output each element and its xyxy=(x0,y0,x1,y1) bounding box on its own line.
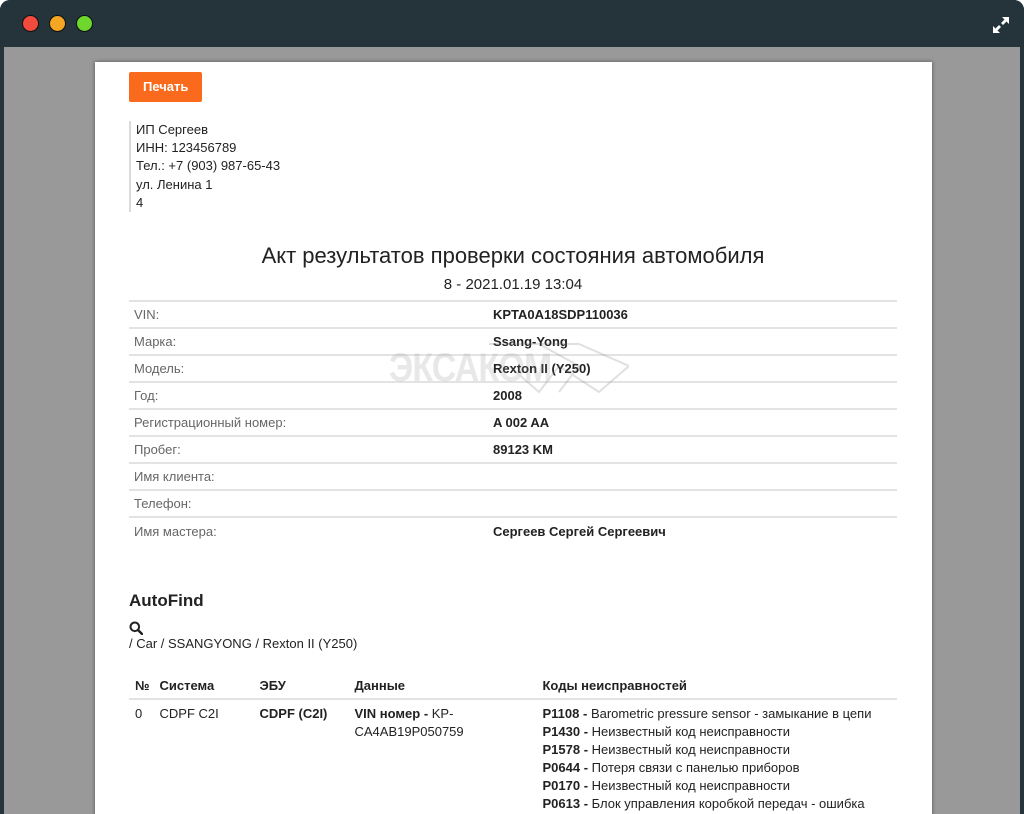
vehicle-info-value xyxy=(489,463,897,490)
company-phone: Тел.: +7 (903) 987-65-43 xyxy=(136,157,897,175)
fault-code-description: Блок управления коробкой передач - ошибк… xyxy=(592,796,865,811)
vehicle-info-row: Телефон: xyxy=(129,490,897,517)
header-data: Данные xyxy=(350,673,538,699)
fault-code-separator: - xyxy=(579,706,591,721)
company-address: ул. Ленина 1 xyxy=(136,176,897,194)
autofind-title: AutoFind xyxy=(129,591,897,611)
ecu-data-separator: - xyxy=(420,706,432,721)
fault-code-item: P1578 - Неизвестный код неисправности xyxy=(543,741,893,759)
ecu-row-fault-codes: P1108 - Barometric pressure sensor - зам… xyxy=(538,699,898,814)
vehicle-info-row: Модель:Rexton II (Y250) xyxy=(129,355,897,382)
vehicle-info-row: Марка:Ssang-Yong xyxy=(129,328,897,355)
browser-window: Печать ИП Сергеев ИНН: 123456789 Тел.: +… xyxy=(0,0,1024,814)
vehicle-info-label: Модель: xyxy=(129,355,489,382)
fault-code-item: P1108 - Barometric pressure sensor - зам… xyxy=(543,705,893,723)
ecu-row-ecu: CDPF (C2I) xyxy=(255,699,350,814)
company-name: ИП Сергеев xyxy=(136,121,897,139)
header-system: Система xyxy=(155,673,255,699)
fault-code-item: P0613 - Блок управления коробкой передач… xyxy=(543,795,893,813)
fault-code-separator: - xyxy=(580,760,592,775)
fault-code: P1430 xyxy=(543,724,581,739)
ecu-data-label: VIN номер xyxy=(355,706,421,721)
fault-code-item: P1430 - Неизвестный код неисправности xyxy=(543,723,893,741)
document-content: Печать ИП Сергеев ИНН: 123456789 Тел.: +… xyxy=(129,72,897,814)
fault-code: P1578 xyxy=(543,742,581,757)
vehicle-info-row: VIN:KPTA0A18SDP110036 xyxy=(129,301,897,328)
document-title: Акт результатов проверки состояния автом… xyxy=(129,243,897,269)
fault-code: P1108 xyxy=(543,706,580,721)
ecu-table-header: № Система ЭБУ Данные Коды неисправностей xyxy=(129,673,897,699)
minimize-window-button[interactable] xyxy=(49,15,66,32)
fault-code-item: P0170 - Неизвестный код неисправности xyxy=(543,777,893,795)
fault-code-separator: - xyxy=(580,796,592,811)
fault-code-item: P0644 - Потеря связи с панелью приборов xyxy=(543,759,893,777)
ecu-row-data: VIN номер - KP-CA4AB19P050759 xyxy=(350,699,538,814)
fault-code-separator: - xyxy=(580,778,592,793)
close-window-button[interactable] xyxy=(22,15,39,32)
autofind-breadcrumb: / Car / SSANGYONG / Rexton II (Y250) xyxy=(129,636,897,651)
vehicle-info-row: Имя клиента: xyxy=(129,463,897,490)
vehicle-info-value xyxy=(489,490,897,517)
vehicle-info-row: Регистрационный номер:A 002 AA xyxy=(129,409,897,436)
fault-code-description: Неизвестный код неисправности xyxy=(592,742,790,757)
fault-code-description: Неизвестный код неисправности xyxy=(592,778,790,793)
vehicle-info-value: Rexton II (Y250) xyxy=(489,355,897,382)
print-button[interactable]: Печать xyxy=(129,72,202,102)
vehicle-info-row: Год:2008 xyxy=(129,382,897,409)
vehicle-info-label: VIN: xyxy=(129,301,489,328)
vehicle-info-label: Пробег: xyxy=(129,436,489,463)
vehicle-info-label: Имя мастера: xyxy=(129,517,489,544)
vehicle-info-value: A 002 AA xyxy=(489,409,897,436)
expand-arrows-icon[interactable] xyxy=(990,14,1012,36)
header-number: № xyxy=(129,673,155,699)
vehicle-info-value: 2008 xyxy=(489,382,897,409)
vehicle-info-label: Марка: xyxy=(129,328,489,355)
vehicle-info-label: Год: xyxy=(129,382,489,409)
ecu-row-number: 0 xyxy=(129,699,155,814)
vehicle-info-row: Имя мастера:Сергеев Сергей Сергеевич xyxy=(129,517,897,544)
vehicle-info-table: VIN:KPTA0A18SDP110036Марка:Ssang-YongМод… xyxy=(129,300,897,544)
vehicle-info-value: Ssang-Yong xyxy=(489,328,897,355)
print-preview-area: Печать ИП Сергеев ИНН: 123456789 Тел.: +… xyxy=(4,47,1020,814)
vehicle-info-value: KPTA0A18SDP110036 xyxy=(489,301,897,328)
vehicle-info-label: Телефон: xyxy=(129,490,489,517)
company-info: ИП Сергеев ИНН: 123456789 Тел.: +7 (903)… xyxy=(129,121,897,212)
fault-code-description: Barometric pressure sensor - замыкание в… xyxy=(591,706,872,721)
company-extra: 4 xyxy=(136,194,897,212)
document-subtitle: 8 - 2021.01.19 13:04 xyxy=(129,276,897,293)
fault-code-description: Потеря связи с панелью приборов xyxy=(592,760,800,775)
fault-code: P0644 xyxy=(543,760,581,775)
fault-code: P0613 xyxy=(543,796,581,811)
fault-code-separator: - xyxy=(580,724,592,739)
vehicle-info-label: Регистрационный номер: xyxy=(129,409,489,436)
search-icon[interactable] xyxy=(129,621,143,635)
fault-code: P0170 xyxy=(543,778,581,793)
document-sheet: Печать ИП Сергеев ИНН: 123456789 Тел.: +… xyxy=(95,62,932,814)
vehicle-info-label: Имя клиента: xyxy=(129,463,489,490)
title-bar xyxy=(0,0,1024,47)
vehicle-info-value: 89123 KM xyxy=(489,436,897,463)
fault-code-separator: - xyxy=(580,742,592,757)
ecu-table: № Система ЭБУ Данные Коды неисправностей… xyxy=(129,673,897,814)
fault-code-description: Неизвестный код неисправности xyxy=(592,724,790,739)
maximize-window-button[interactable] xyxy=(76,15,93,32)
ecu-row-system: CDPF C2I xyxy=(155,699,255,814)
header-ecu: ЭБУ xyxy=(255,673,350,699)
vehicle-info-value: Сергеев Сергей Сергеевич xyxy=(489,517,897,544)
vehicle-info-row: Пробег:89123 KM xyxy=(129,436,897,463)
ecu-table-row: 0CDPF C2ICDPF (C2I)VIN номер - KP-CA4AB1… xyxy=(129,699,897,814)
header-fault-codes: Коды неисправностей xyxy=(538,673,898,699)
company-inn: ИНН: 123456789 xyxy=(136,139,897,157)
